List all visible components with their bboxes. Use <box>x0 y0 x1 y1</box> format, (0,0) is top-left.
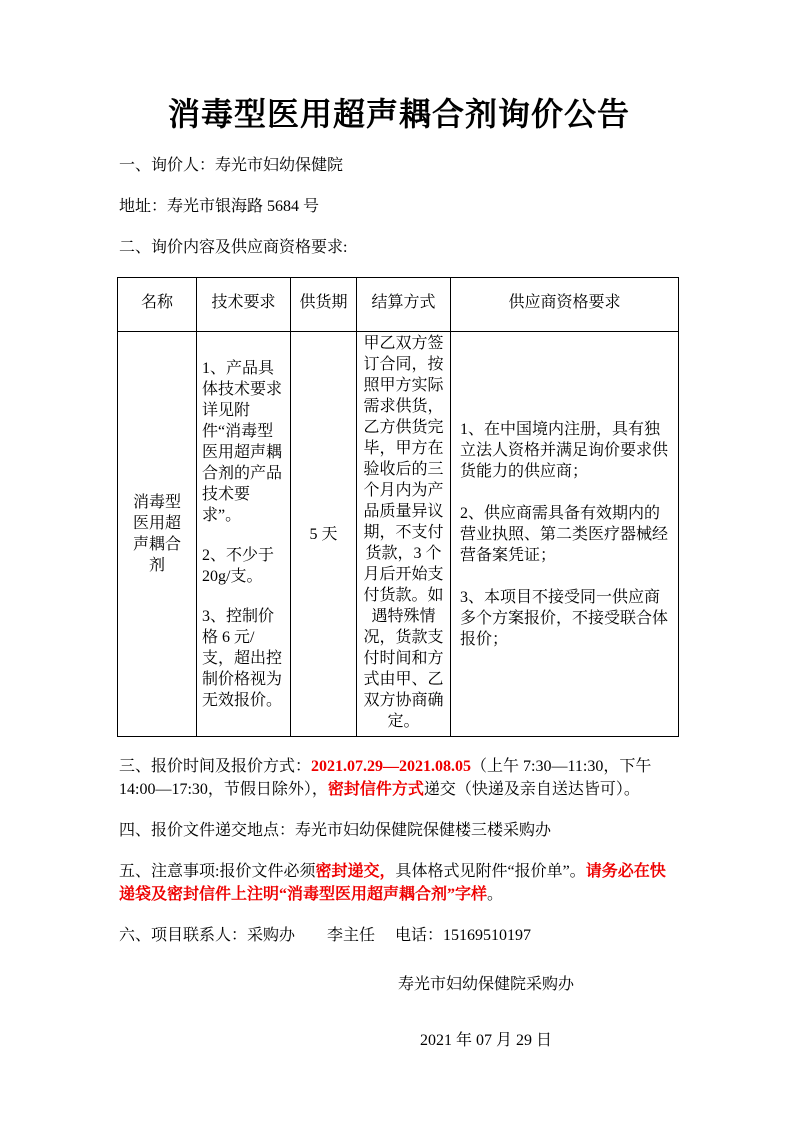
section-inquirer: 一、询价人：寿光市妇幼保健院 <box>119 154 679 177</box>
section-notes: 五、注意事项:报价文件必须密封递交，具体格式见附件“报价单”。请务必在快递袋及密… <box>119 860 679 906</box>
notes-mid: 具体格式见附件“报价单”。 <box>395 863 585 880</box>
cell-settlement: 甲乙双方签订合同，按照甲方实际需求供货，乙方供货完毕，甲方在验收后的三个月内为产… <box>357 332 451 737</box>
tech-item-3: 3、控制价格 6 元/支，超出控制价格视为无效报价。 <box>202 606 285 711</box>
sealed-delivery-emphasis: 密封递交， <box>315 863 395 880</box>
col-header-settlement: 结算方式 <box>357 278 451 332</box>
signature-organization: 寿光市妇幼保健院采购办 <box>341 973 631 996</box>
cell-tech-requirements: 1、产品具体技术要求详见附件“消毒型医用超声耦合剂的产品技术要求”。 2、不少于… <box>197 332 291 737</box>
cell-delivery-period: 5 天 <box>291 332 357 737</box>
sealed-letter-method: 密封信件方式 <box>328 781 424 798</box>
section-quote-time: 三、报价时间及报价方式：2021.07.29—2021.08.05（上午 7:3… <box>119 755 679 801</box>
cell-product-name: 消毒型医用超声耦合剂 <box>118 332 197 737</box>
col-header-name: 名称 <box>118 278 197 332</box>
tech-item-1: 1、产品具体技术要求详见附件“消毒型医用超声耦合剂的产品技术要求”。 <box>202 358 285 526</box>
table-row: 消毒型医用超声耦合剂 1、产品具体技术要求详见附件“消毒型医用超声耦合剂的产品技… <box>118 332 679 737</box>
section-content-heading: 二、询价内容及供应商资格要求: <box>119 236 679 259</box>
col-header-delivery-period: 供货期 <box>291 278 357 332</box>
notes-suffix: 。 <box>487 886 503 903</box>
quote-time-prefix: 三、报价时间及报价方式： <box>119 758 311 775</box>
document-page: 消毒型医用超声耦合剂询价公告 一、询价人：寿光市妇幼保健院 地址：寿光市银海路 … <box>0 0 793 1122</box>
section-submit-location: 四、报价文件递交地点：寿光市妇幼保健院保健楼三楼采购办 <box>119 819 679 842</box>
cell-supplier-qualifications: 1、在中国境内注册，具有独立法人资格并满足询价要求供货能力的供应商； 2、供应商… <box>451 332 679 737</box>
tech-item-2: 2、不少于20g/支。 <box>202 545 285 587</box>
col-header-supplier-qualifications: 供应商资格要求 <box>451 278 679 332</box>
table-header-row: 名称 技术要求 供货期 结算方式 供应商资格要求 <box>118 278 679 332</box>
quote-date-range: 2021.07.29—2021.08.05 <box>311 758 471 775</box>
signature-date: 2021 年 07 月 29 日 <box>341 1029 631 1052</box>
qualification-item-1: 1、在中国境内注册，具有独立法人资格并满足询价要求供货能力的供应商； <box>460 419 669 482</box>
qualification-item-3: 3、本项目不接受同一供应商多个方案报价，不接受联合体报价； <box>460 587 669 650</box>
notes-prefix: 五、注意事项:报价文件必须 <box>119 863 315 880</box>
requirements-table: 名称 技术要求 供货期 结算方式 供应商资格要求 消毒型医用超声耦合剂 1、产品… <box>117 277 679 737</box>
quote-time-suffix: 递交（快递及亲自送达皆可）。 <box>424 781 640 798</box>
document-title: 消毒型医用超声耦合剂询价公告 <box>119 94 679 134</box>
address-line: 地址：寿光市银海路 5684 号 <box>119 195 679 218</box>
col-header-tech-requirements: 技术要求 <box>197 278 291 332</box>
signature-block: 寿光市妇幼保健院采购办 2021 年 07 月 29 日 <box>341 973 631 1052</box>
section-contact: 六、项目联系人：采购办 李主任 电话：15169510197 <box>119 924 679 947</box>
qualification-item-2: 2、供应商需具备有效期内的营业执照、第二类医疗器械经营备案凭证； <box>460 503 669 566</box>
